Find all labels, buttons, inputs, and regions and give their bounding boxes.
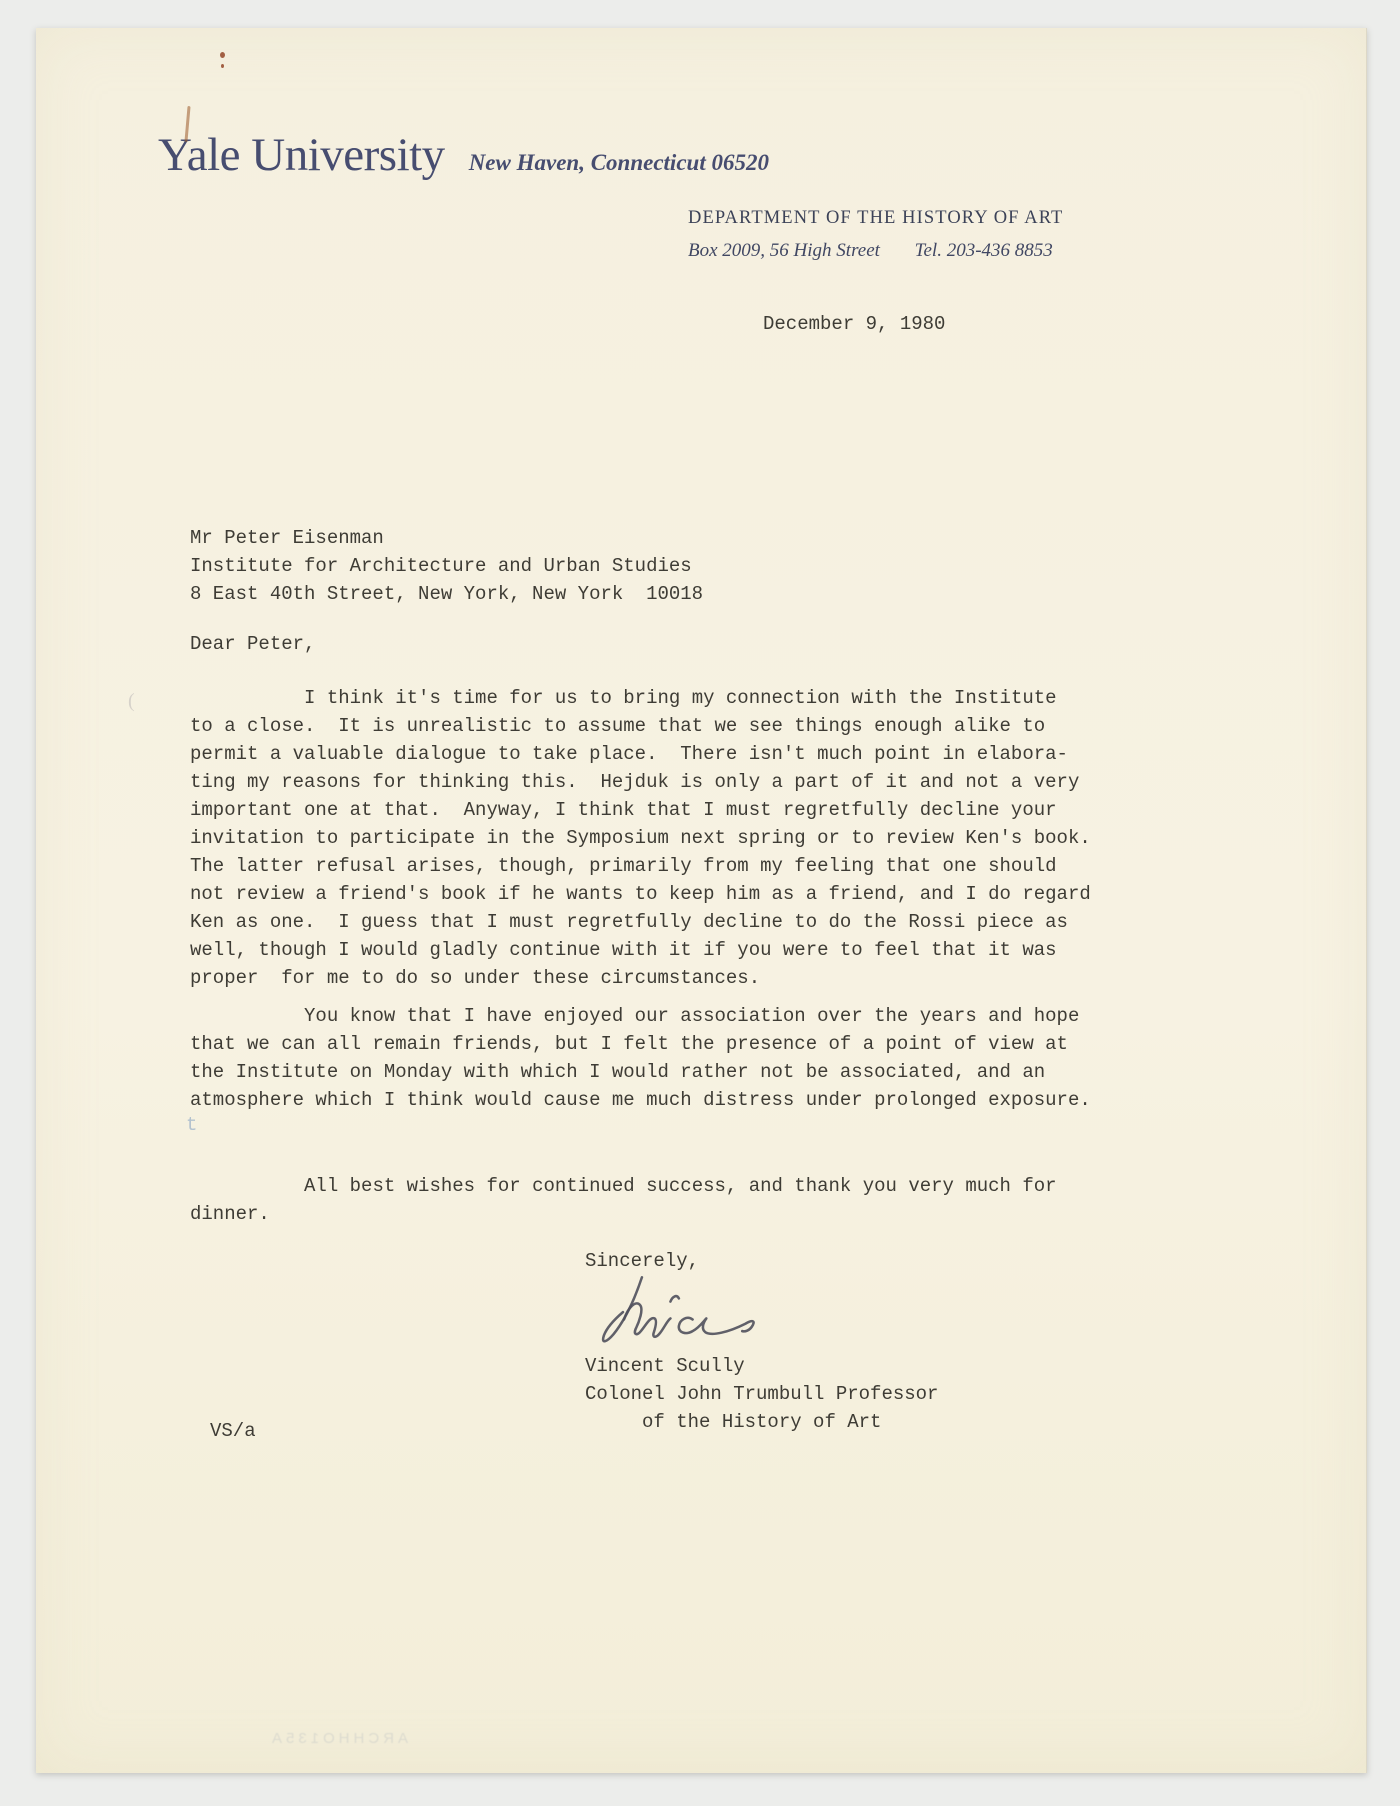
scanned-letter-screenshot: { "letterhead": { "university": "Yale Un… [0,0,1400,1806]
handwritten-signature [588,1272,774,1348]
letter-page: Yale University New Haven, Connecticut 0… [36,28,1367,1773]
letter-date: December 9, 1980 [763,310,945,338]
ink-speck [220,52,225,58]
university-logotype: Yale University [158,128,445,182]
body-paragraph-1: I think it's time for us to bring my con… [190,684,1150,992]
body-paragraph-2: You know that I have enjoyed our associa… [190,1002,1150,1114]
bleedthrough-stamp: ARCHHO135A [268,1730,408,1747]
pencil-mark: t [186,1114,197,1136]
signature-block: Vincent Scully Colonel John Trumbull Pro… [585,1352,938,1436]
department-address: Box 2009, 56 High Street Tel. 203-436 88… [688,240,1063,262]
department-telephone: Tel. 203-436 8853 [915,240,1053,261]
salutation: Dear Peter, [190,630,315,658]
department-street: Box 2009, 56 High Street [688,240,880,261]
pencil-mark-margin: ( [128,690,135,713]
body-paragraph-3: All best wishes for continued success, a… [190,1172,1150,1228]
letterhead: Yale University New Haven, Connecticut 0… [158,128,769,182]
university-location: New Haven, Connecticut 06520 [469,150,769,176]
department-name: DEPARTMENT OF THE HISTORY OF ART [688,208,1063,229]
closing: Sincerely, [585,1247,699,1275]
department-block: DEPARTMENT OF THE HISTORY OF ART Box 200… [688,208,1063,262]
recipient-address: Mr Peter Eisenman Institute for Architec… [190,524,703,608]
typist-initials: VS/a [210,1417,256,1445]
